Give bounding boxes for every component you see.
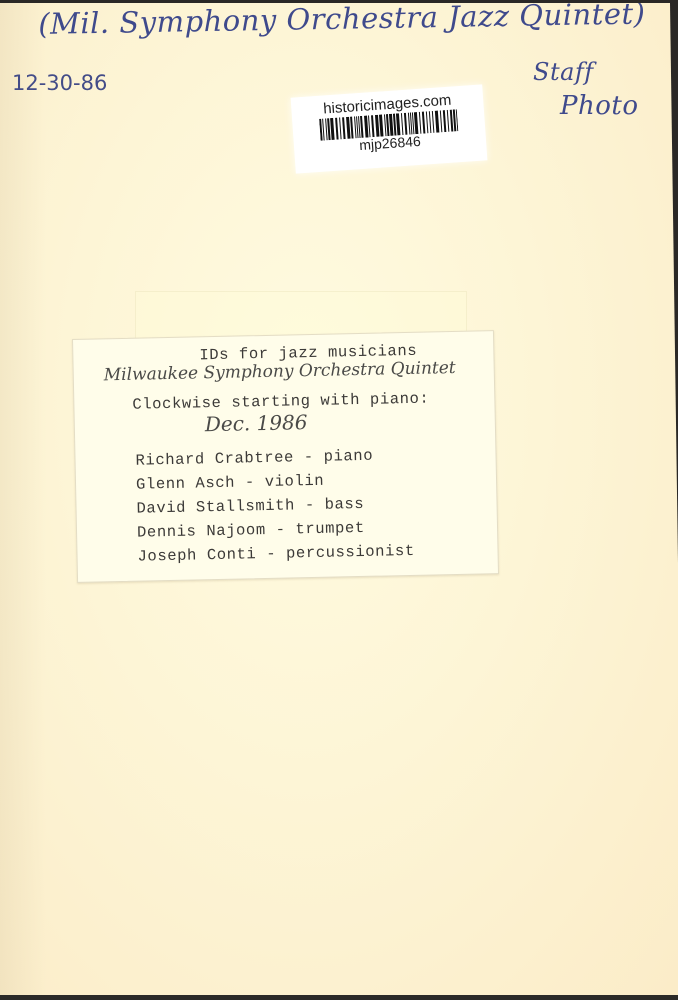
note-pencil-date: Dec. 1986: [205, 410, 308, 436]
barcode-sticker: historicimages.com mjp26846: [291, 84, 488, 173]
musician-line: Joseph Conti - percussionist: [137, 539, 415, 569]
handwritten-date: 12-30-86: [12, 71, 107, 95]
note-pencil-caption: Milwaukee Symphony Orchestra Quintet: [104, 358, 456, 385]
handwritten-title: (Mil. Symphony Orchestra Jazz Quintet): [38, 0, 646, 41]
musician-list: Richard Crabtree - piano Glenn Asch - vi…: [135, 443, 415, 569]
paper-sheet: (Mil. Symphony Orchestra Jazz Quintet) 1…: [0, 3, 678, 995]
photo-back-page: (Mil. Symphony Orchestra Jazz Quintet) 1…: [0, 0, 678, 1000]
handwritten-credit-photo: Photo: [560, 91, 639, 121]
scan-bottom-edge: [0, 995, 678, 1000]
typed-id-note: IDs for jazz musicians Milwaukee Symphon…: [72, 330, 499, 583]
handwritten-credit-staff: Staff: [533, 58, 594, 86]
